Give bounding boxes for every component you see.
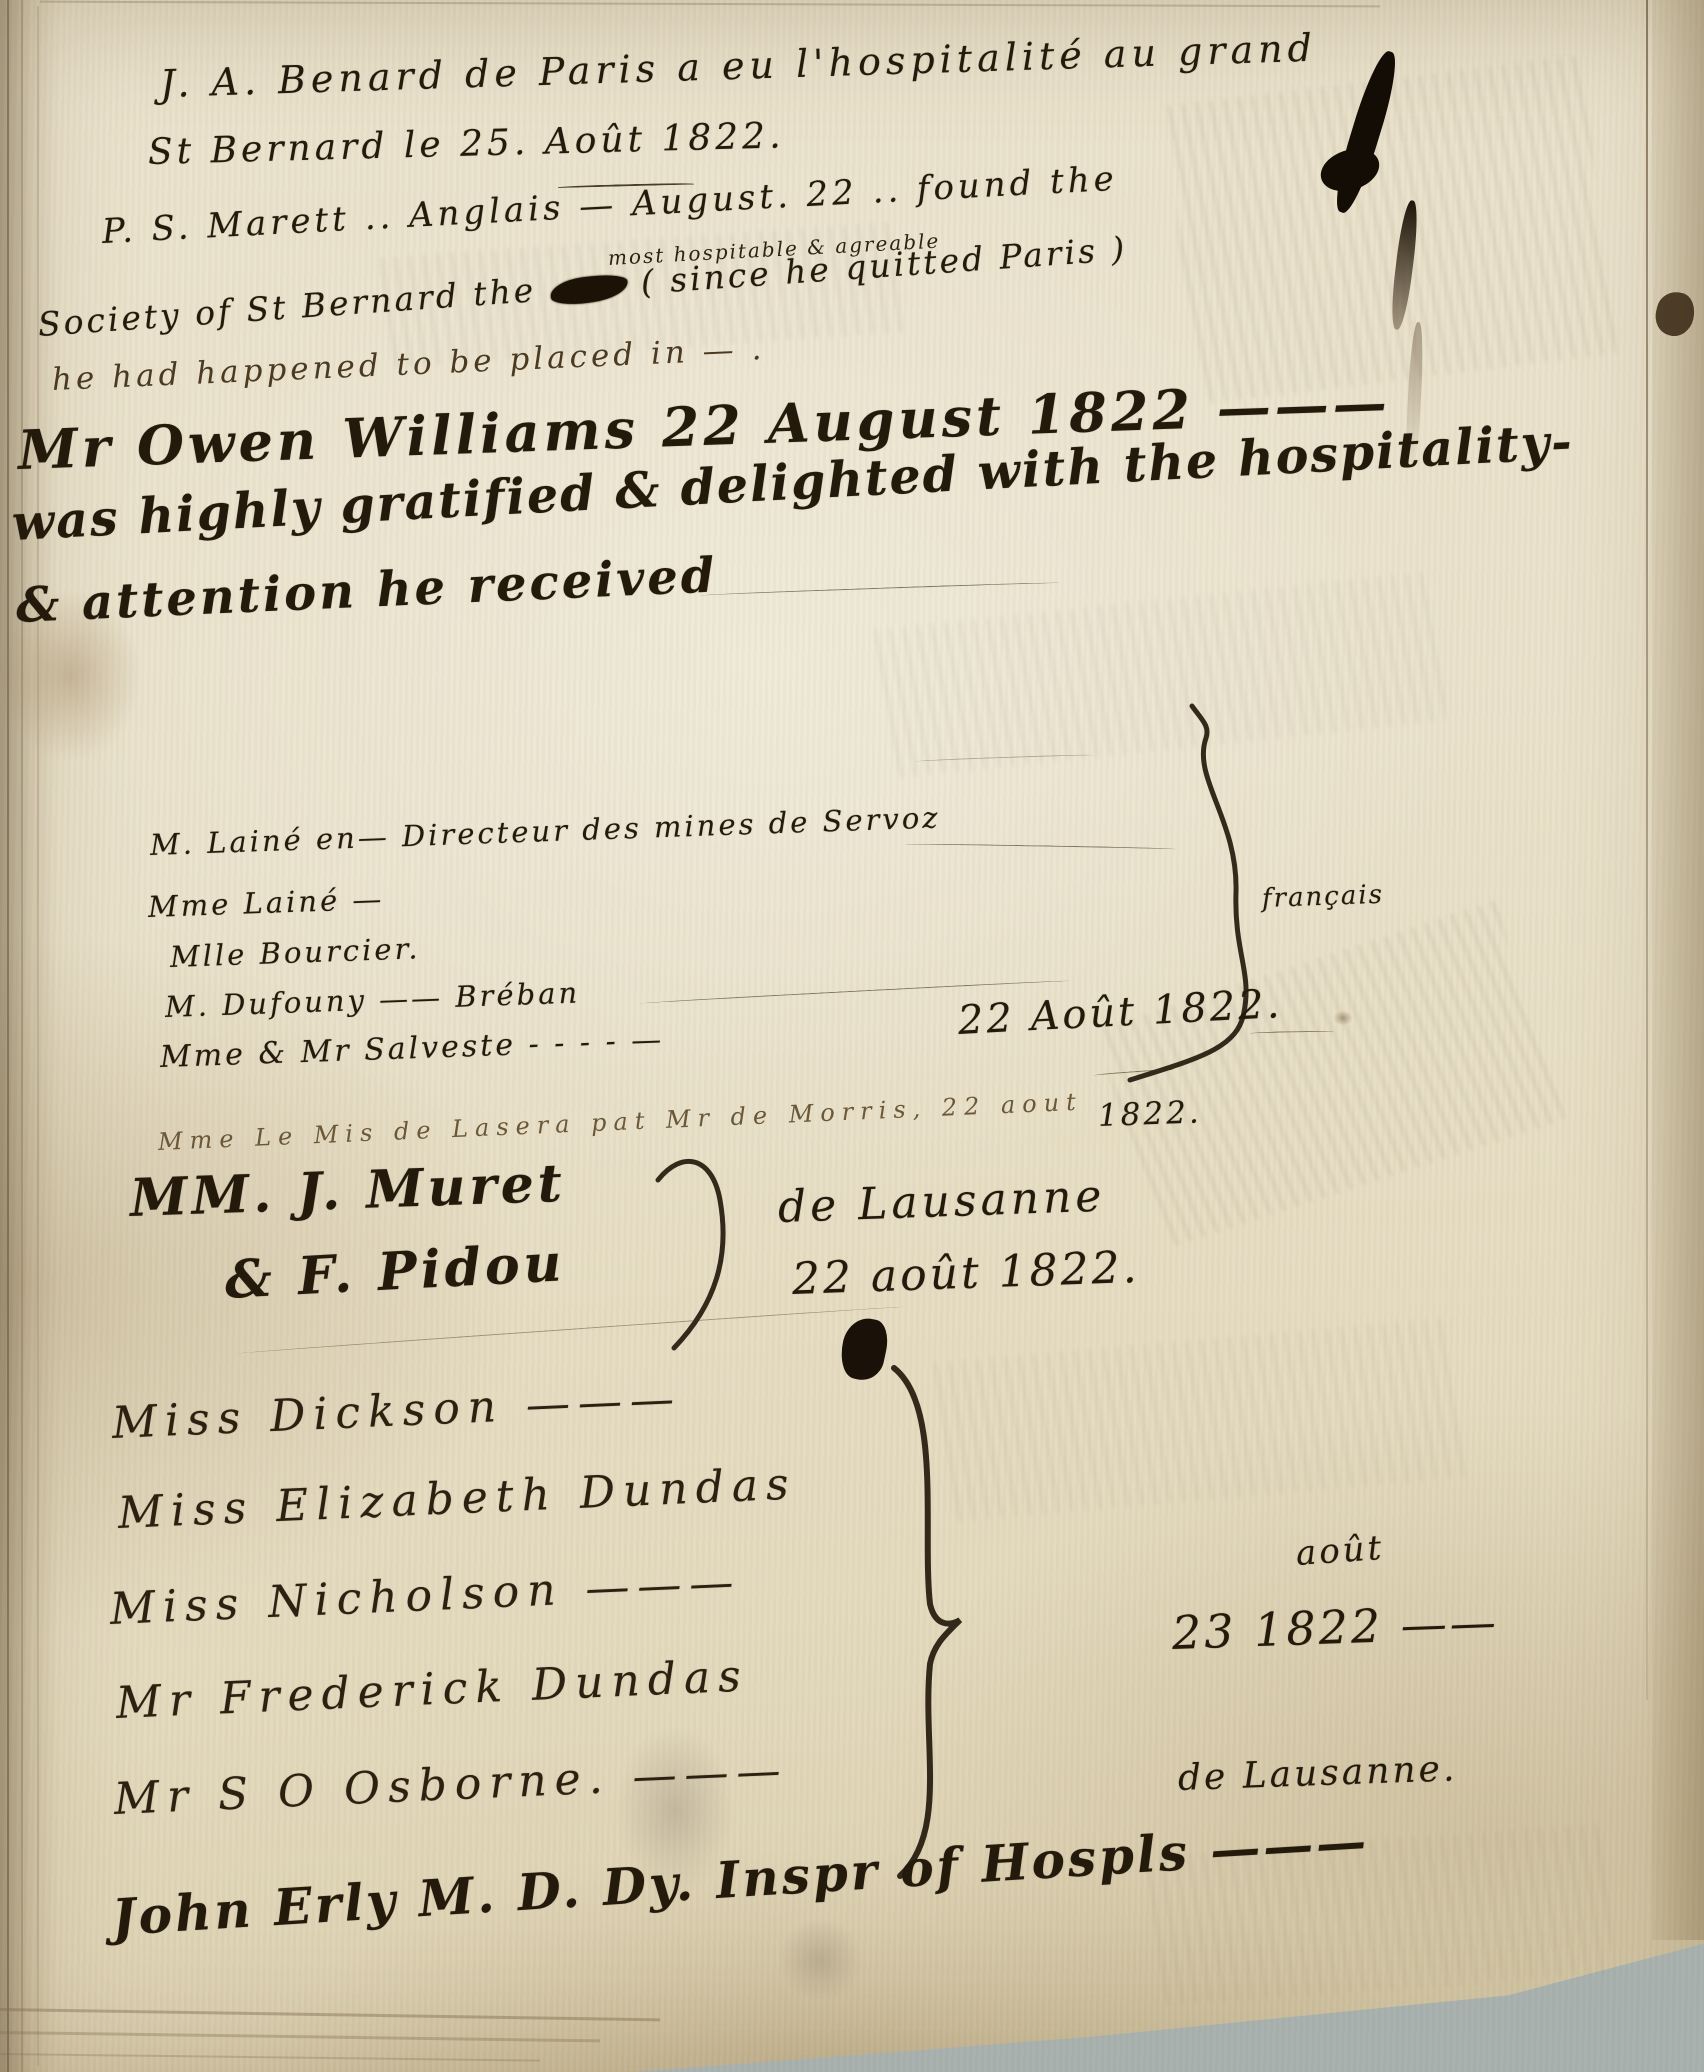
entry-english-date-month: août [1295, 1528, 1386, 1574]
entry-english-date: 23 1822 —— [1171, 1595, 1500, 1660]
scanned-guestbook-photo: J. A. Benard de Paris a eu l'hospitalité… [0, 0, 1704, 2072]
english-group-brace [866, 1362, 976, 1882]
french-group-brace [1148, 700, 1278, 1100]
scratched-out-word [549, 271, 630, 308]
entry-lasera-year: 1822. [1097, 1094, 1202, 1134]
entry-french-nationality: français [1261, 880, 1384, 914]
muret-brace [650, 1148, 765, 1358]
